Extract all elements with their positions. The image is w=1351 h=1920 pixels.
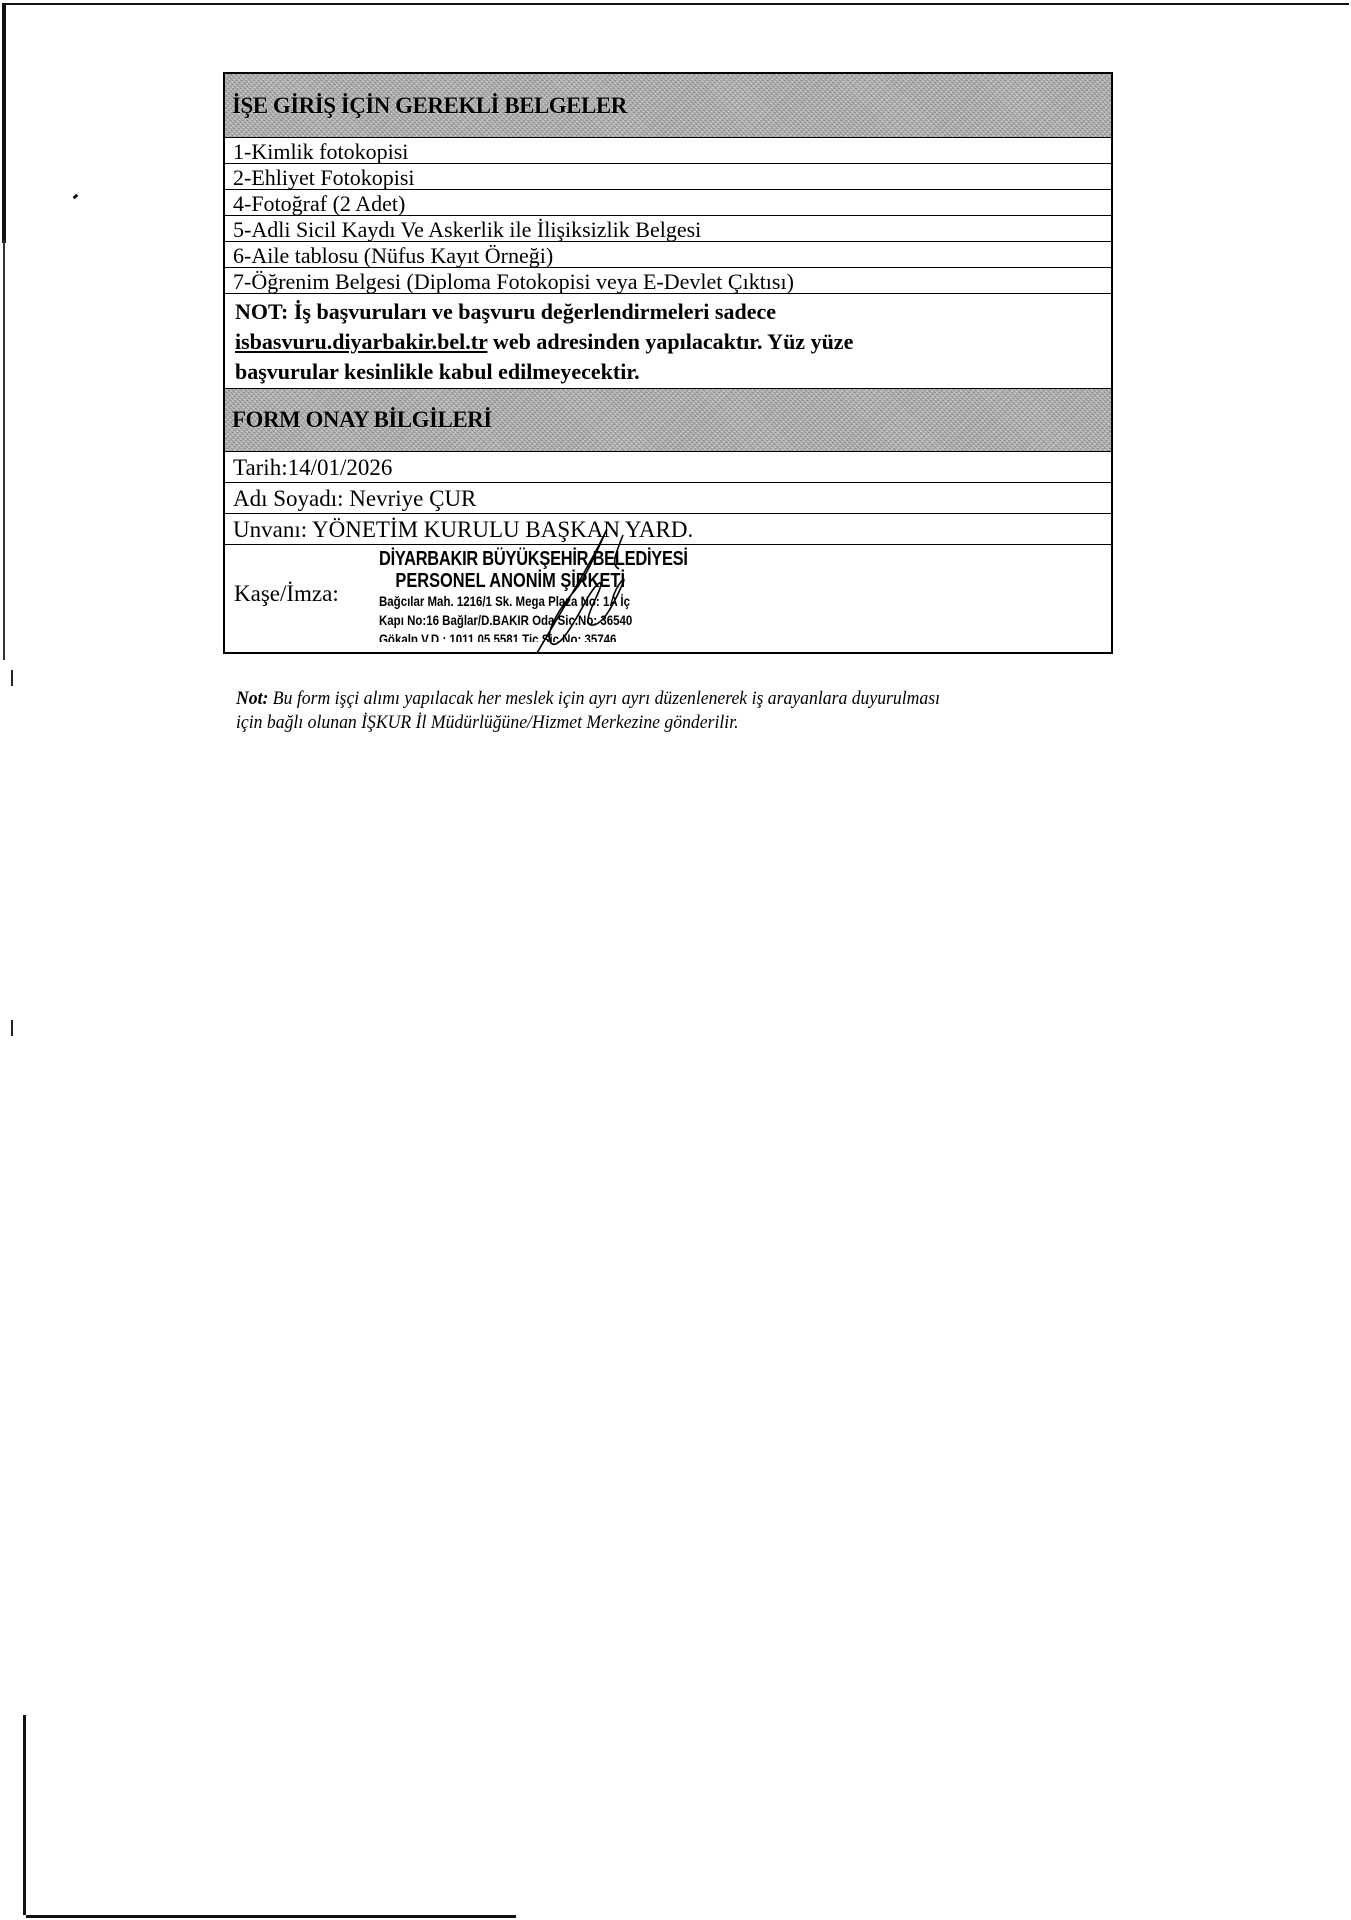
footer-note-line-1: Not: Bu form işçi alımı yapılacak her me… — [236, 687, 1073, 711]
section-title: İŞE GİRİŞ İÇİN GEREKLİ BELGELER — [232, 93, 627, 119]
scan-border-top — [4, 3, 1349, 5]
approver-name: Adı Soyadı: Nevriye ÇUR — [225, 483, 1111, 514]
scan-border-left — [3, 240, 5, 660]
note-line-2-text: web adresinden yapılacaktır. Yüz yüze — [487, 329, 853, 354]
application-note: NOT: İş başvuruları ve başvuru değerlend… — [225, 294, 1111, 389]
stamp-signature-row: Kaşe/İmza: DİYARBAKIR BÜYÜKŞEHİR BELEDİY… — [225, 545, 1111, 652]
handwritten-signature — [495, 525, 645, 665]
section-title: FORM ONAY BİLGİLERİ — [232, 407, 492, 433]
scan-border-bottom — [26, 1915, 516, 1918]
scan-mark — [73, 194, 79, 200]
stamp-label: Kaşe/İmza: — [234, 581, 339, 606]
application-website-link[interactable]: isbasvuru.diyarbakir.bel.tr — [235, 329, 487, 354]
section-header-form-approval: FORM ONAY BİLGİLERİ — [225, 389, 1111, 452]
document-item: 1-Kimlik fotokopisi — [225, 138, 1111, 164]
scan-border-left — [23, 1715, 26, 1915]
note-line-1: NOT: İş başvuruları ve başvuru değerlend… — [235, 297, 1111, 327]
scan-mark — [11, 670, 13, 686]
form-table: İŞE GİRİŞ İÇİN GEREKLİ BELGELER 1-Kimlik… — [223, 72, 1113, 654]
document-item: 2-Ehliyet Fotokopisi — [225, 164, 1111, 190]
document-item: 6-Aile tablosu (Nüfus Kayıt Örneği) — [225, 242, 1111, 268]
document-item: 5-Adli Sicil Kaydı Ve Askerlik ile İlişi… — [225, 216, 1111, 242]
note-line-3: başvurular kesinlikle kabul edilmeyecekt… — [235, 357, 1111, 387]
note-line-2: isbasvuru.diyarbakir.bel.tr web adresind… — [235, 327, 1111, 357]
scan-mark — [11, 1020, 13, 1036]
footer-note-line-2: için bağlı olunan İŞKUR İl Müdürlüğüne/H… — [236, 711, 1073, 735]
footer-note: Not: Bu form işçi alımı yapılacak her me… — [236, 687, 1073, 735]
section-header-required-documents: İŞE GİRİŞ İÇİN GEREKLİ BELGELER — [225, 74, 1111, 138]
footer-note-text: Bu form işçi alımı yapılacak her meslek … — [268, 688, 940, 709]
approval-date: Tarih:14/01/2026 — [225, 452, 1111, 483]
scan-border-left — [2, 3, 6, 243]
footer-note-label: Not: — [236, 688, 268, 709]
document-item: 7-Öğrenim Belgesi (Diploma Fotokopisi ve… — [225, 268, 1111, 294]
document-item: 4-Fotoğraf (2 Adet) — [225, 190, 1111, 216]
approver-title: Unvanı: YÖNETİM KURULU BAŞKAN YARD. — [225, 514, 1111, 545]
